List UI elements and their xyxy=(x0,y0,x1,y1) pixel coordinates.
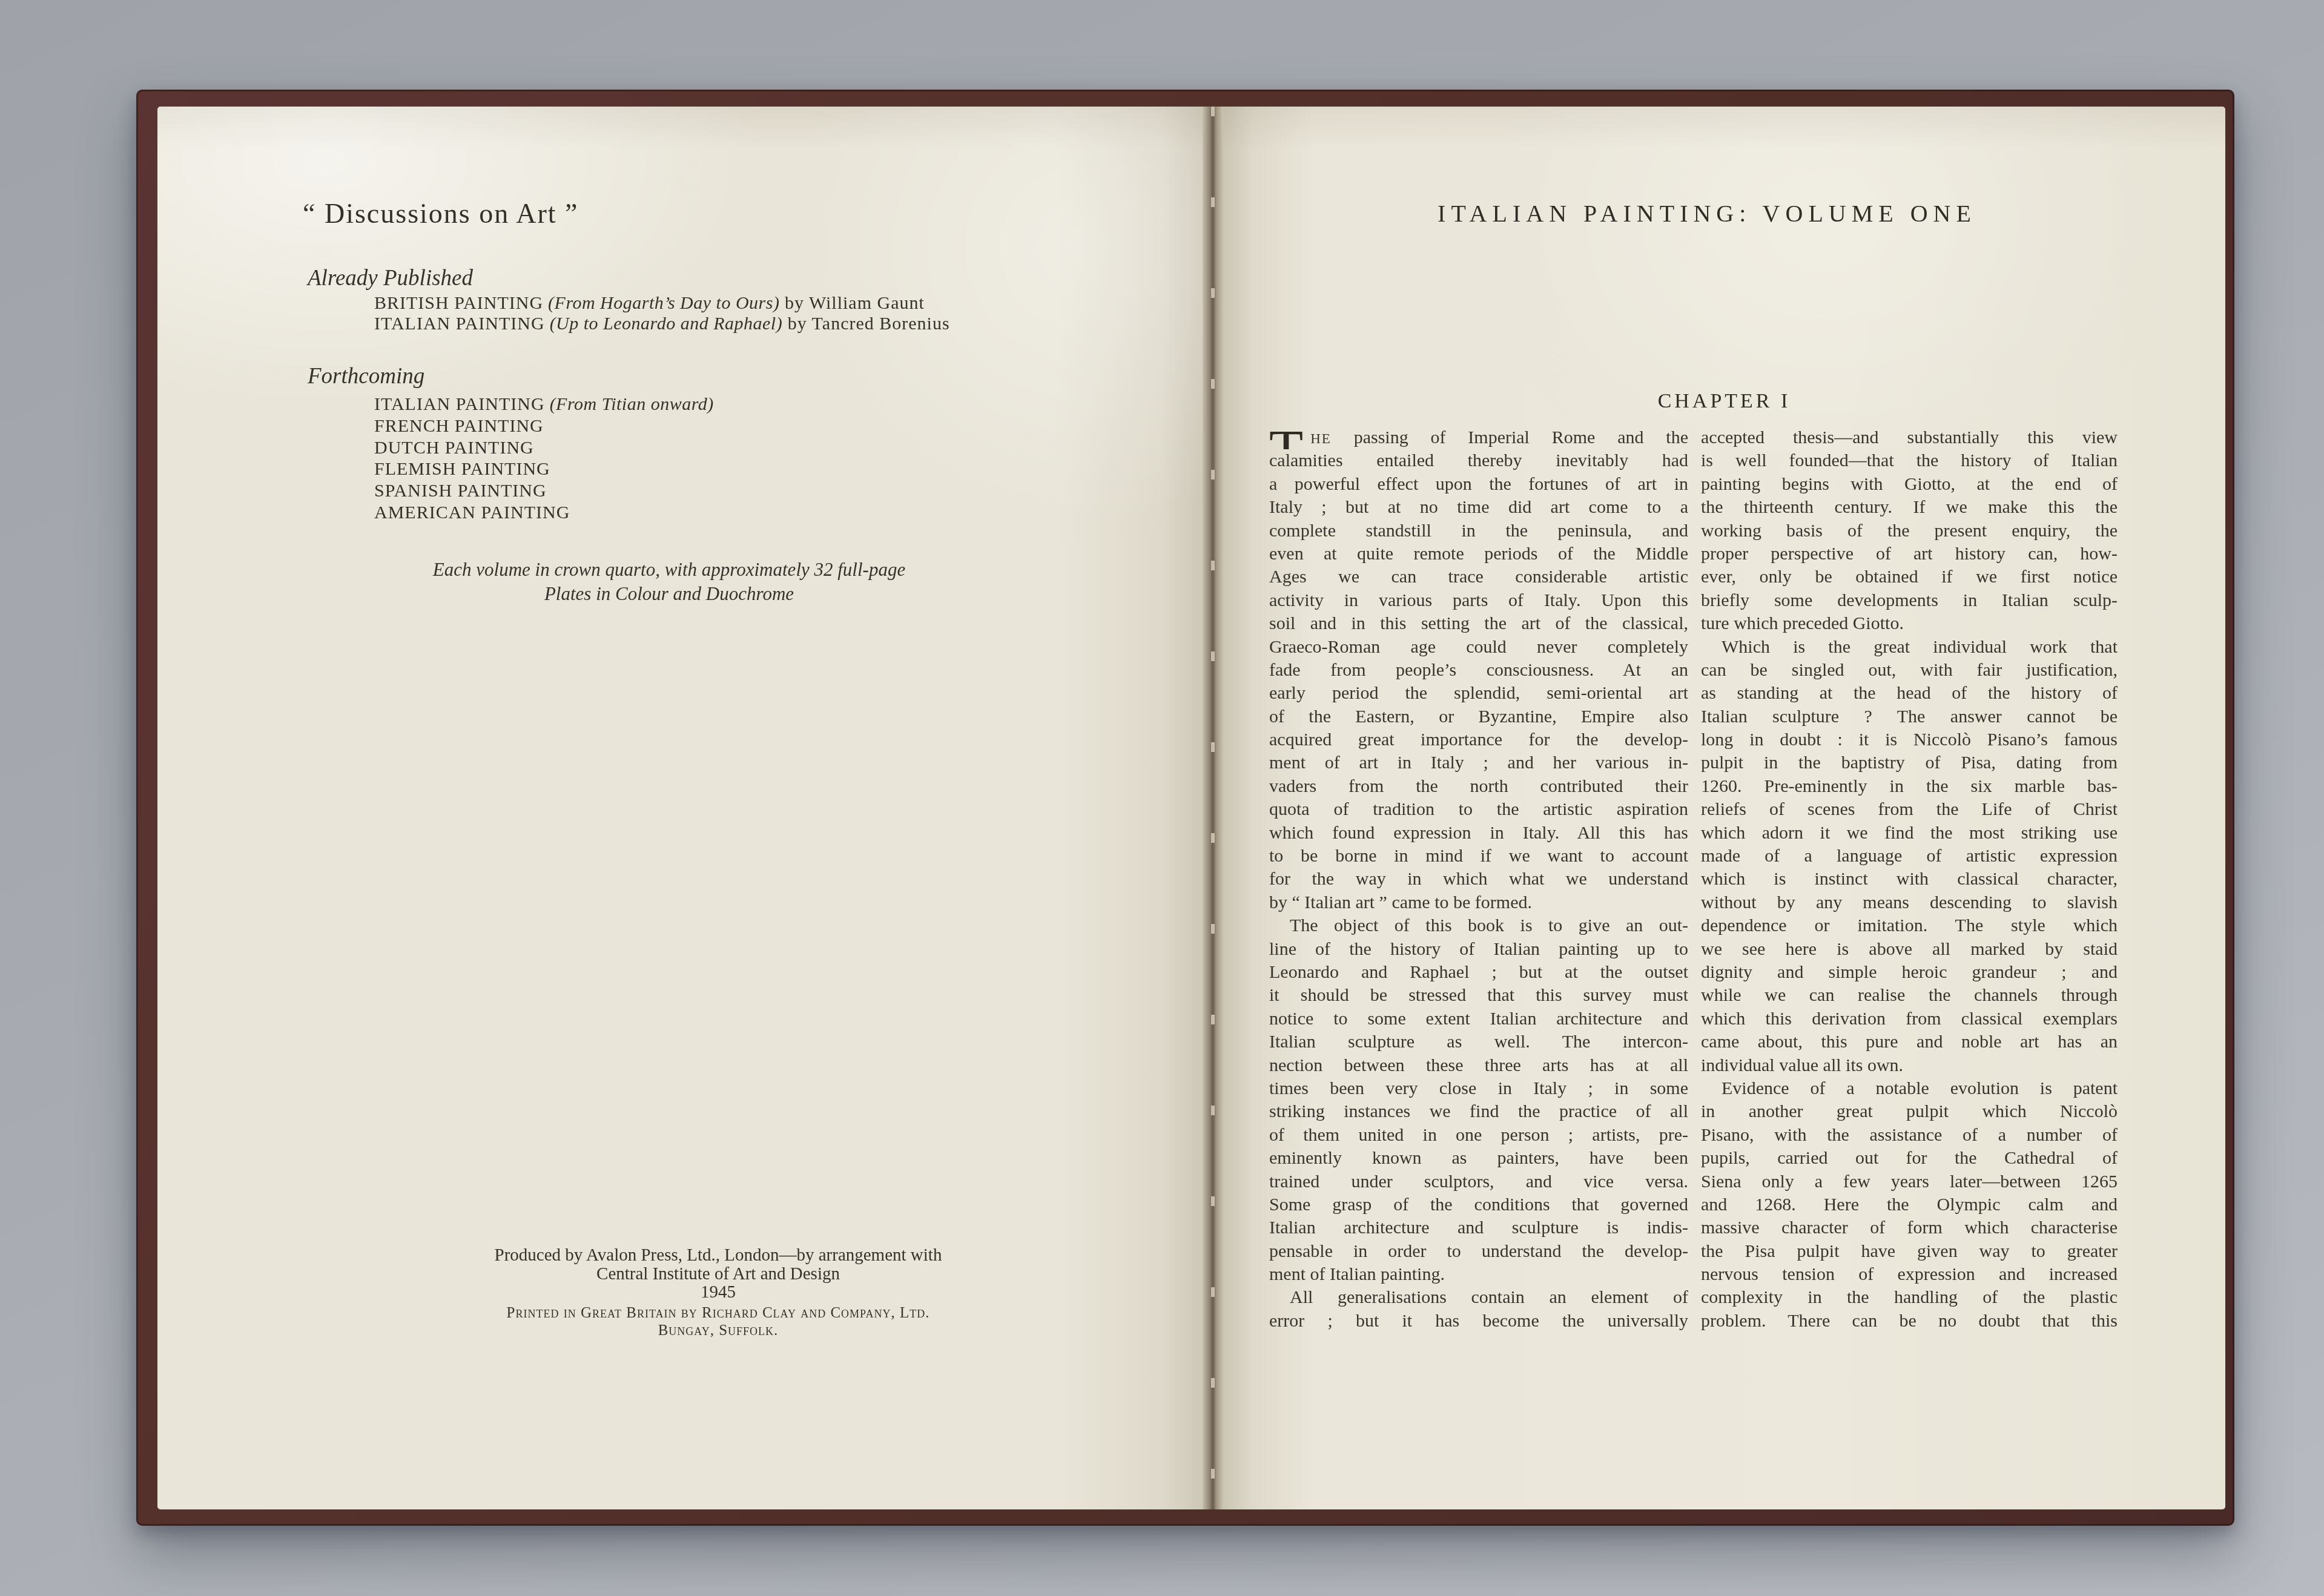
text-line: Italian sculpture as well. The intercon- xyxy=(1269,1030,1688,1054)
text-line: the thirteenth century. If we make this … xyxy=(1701,496,2118,519)
already-published-heading: Already Published xyxy=(308,265,473,291)
text-line: proper perspective of art history can, h… xyxy=(1701,542,2118,566)
text-line: THE passing of Imperial Rome and the xyxy=(1269,426,1688,449)
text-line: Ages we can trace considerable artistic xyxy=(1269,566,1688,589)
text-line: made of a language of artistic expressio… xyxy=(1701,845,2118,868)
book-list-item: FLEMISH PAINTING xyxy=(374,458,714,480)
small-caps-lead: HE xyxy=(1310,431,1332,446)
paragraph: Evidence of a notable evolution is paten… xyxy=(1701,1077,2118,1333)
forthcoming-heading: Forthcoming xyxy=(308,363,424,389)
text-line: to be borne in mind if we want to accoun… xyxy=(1269,845,1688,868)
subtitle-italic: (From Titian onward) xyxy=(545,394,714,414)
text-line: dignity and simple heroic grandeur ; and xyxy=(1701,961,2118,984)
publisher-imprint: Produced by Avalon Press, Ltd., London—b… xyxy=(157,1246,1279,1302)
text-line: can be singled out, with fair justificat… xyxy=(1701,659,2118,682)
paragraph: accepted thesis—and substantially this v… xyxy=(1701,426,2118,636)
text-line: calamities entailed thereby inevitably h… xyxy=(1269,449,1688,472)
right-page: ITALIAN PAINTING: VOLUME ONE CHAPTER I T… xyxy=(1223,107,2225,1509)
text-line: we see here is above all marked by staid xyxy=(1701,938,2118,961)
series-title: “ Discussions on Art ” xyxy=(303,197,578,229)
text-line: Some grasp of the conditions that govern… xyxy=(1269,1193,1688,1216)
text-line: ture which preceded Giotto. xyxy=(1701,612,2118,635)
text-line: notice to some extent Italian architectu… xyxy=(1269,1007,1688,1030)
book-list-item: BRITISH PAINTING (From Hogarth’s Day to … xyxy=(374,293,950,314)
text-line: complexity in the handling of the plasti… xyxy=(1701,1286,2118,1309)
text-line: The object of this book is to give an ou… xyxy=(1269,914,1688,937)
text-line: without by any means descending to slavi… xyxy=(1701,891,2118,914)
text-line: All generalisations contain an element o… xyxy=(1269,1286,1688,1309)
text-line: Siena only a few years later—between 126… xyxy=(1701,1170,2118,1193)
text-line: while we can realise the channels throug… xyxy=(1701,984,2118,1007)
text-line: accepted thesis—and substantially this v… xyxy=(1701,426,2118,449)
text-line: as standing at the head of the history o… xyxy=(1701,682,2118,705)
text-line: Italy ; but at no time did art come to a xyxy=(1269,496,1688,519)
text-line: nervous tension of expression and increa… xyxy=(1701,1263,2118,1286)
text-line: Printed in Great Britain by Richard Clay… xyxy=(157,1304,1279,1322)
text-line: Graeco-Roman age could never completely xyxy=(1269,636,1688,659)
text-line: Which is the great individual work that xyxy=(1701,636,2118,659)
text-line: ment of art in Italy ; and her various i… xyxy=(1269,751,1688,774)
text-line: 1260. Pre-eminently in the six marble ba… xyxy=(1701,775,2118,798)
text-line: came about, this pure and noble art has … xyxy=(1701,1030,2118,1054)
text-line: it should be stressed that this survey m… xyxy=(1269,984,1688,1007)
text-column-right: accepted thesis—and substantially this v… xyxy=(1701,426,2118,1333)
text-line: is well founded—that the history of Ital… xyxy=(1701,449,2118,472)
text-line: which found expression in Italy. All thi… xyxy=(1269,822,1688,845)
text-line: fade from people’s consciousness. At an xyxy=(1269,659,1688,682)
text-line: soil and in this setting the art of the … xyxy=(1269,612,1688,635)
left-page: “ Discussions on Art ” Already Published… xyxy=(157,107,1203,1509)
text-line: complete standstill in the peninsula, an… xyxy=(1269,519,1688,542)
text-column-left: THE passing of Imperial Rome and thecala… xyxy=(1269,426,1688,1333)
paragraph: Which is the great individual work thatc… xyxy=(1701,636,2118,1077)
text-line: problem. There can be no doubt that this xyxy=(1701,1310,2118,1333)
drop-cap-letter: T xyxy=(1269,426,1310,449)
subtitle-italic: (From Hogarth’s Day to Ours) xyxy=(543,293,779,313)
paragraph: All generalisations contain an element o… xyxy=(1269,1286,1688,1333)
text-line: of them united in one person ; artists, … xyxy=(1269,1124,1688,1147)
text-line: early period the splendid, semi-oriental… xyxy=(1269,682,1688,705)
format-note: Each volume in crown quarto, with approx… xyxy=(157,558,1181,606)
book-list-item: ITALIAN PAINTING (From Titian onward) xyxy=(374,394,714,415)
text-line: for the way in which what we understand xyxy=(1269,868,1688,891)
forthcoming-list: ITALIAN PAINTING (From Titian onward)FRE… xyxy=(374,394,714,524)
text-line: eminently known as painters, have been xyxy=(1269,1147,1688,1170)
open-book: “ Discussions on Art ” Already Published… xyxy=(136,90,2234,1526)
text-line: Plates in Colour and Duochrome xyxy=(157,582,1181,606)
text-line: even at quite remote periods of the Midd… xyxy=(1269,542,1688,566)
text-line: which this derivation from classical exe… xyxy=(1701,1007,2118,1030)
book-list-item: FRENCH PAINTING xyxy=(374,415,714,437)
text-line: ever, only be obtained if we first notic… xyxy=(1701,566,2118,589)
paragraph: THE passing of Imperial Rome and thecala… xyxy=(1269,426,1688,914)
text-line: which is instinct with classical charact… xyxy=(1701,868,2118,891)
book-list-item: AMERICAN PAINTING xyxy=(374,502,714,524)
already-published-list: BRITISH PAINTING (From Hogarth’s Day to … xyxy=(374,293,950,334)
subtitle-italic: (Up to Leonardo and Raphael) xyxy=(545,314,783,334)
text-line: massive character of form which characte… xyxy=(1701,1216,2118,1239)
text-line: Each volume in crown quarto, with approx… xyxy=(157,558,1181,582)
text-line: vaders from the north contributed their xyxy=(1269,775,1688,798)
text-line: painting begins with Giotto, at the end … xyxy=(1701,473,2118,496)
text-line: which adorn it we find the most striking… xyxy=(1701,822,2118,845)
text-line: acquired great importance for the develo… xyxy=(1269,728,1688,751)
text-line: long in doubt : it is Niccolò Pisano’s f… xyxy=(1701,728,2118,751)
book-list-item: ITALIAN PAINTING (Up to Leonardo and Rap… xyxy=(374,314,950,334)
text-line: working basis of the present enquiry, th… xyxy=(1701,519,2118,542)
text-line: times been very close in Italy ; in some xyxy=(1269,1077,1688,1100)
text-line: by “ Italian art ” came to be formed. xyxy=(1269,891,1688,914)
book-list-item: DUTCH PAINTING xyxy=(374,437,714,459)
text-line: reliefs of scenes from the Life of Chris… xyxy=(1701,798,2118,821)
text-line: briefly some developments in Italian scu… xyxy=(1701,589,2118,612)
text-line: dependence or imitation. The style which xyxy=(1701,914,2118,937)
text-line: Pisano, with the assistance of a number … xyxy=(1701,1124,2118,1147)
text-line: ment of Italian painting. xyxy=(1269,1263,1688,1286)
text-line: in another great pulpit which Niccolò xyxy=(1701,1100,2118,1123)
printer-colophon: Printed in Great Britain by Richard Clay… xyxy=(157,1304,1279,1339)
running-head: ITALIAN PAINTING: VOLUME ONE xyxy=(1223,199,2191,228)
text-line: Italian architecture and sculpture is in… xyxy=(1269,1216,1688,1239)
text-line: activity in various parts of Italy. Upon… xyxy=(1269,589,1688,612)
text-line: pupils, carried out for the Cathedral of xyxy=(1701,1147,2118,1170)
text-line: Italian sculpture ? The answer cannot be xyxy=(1701,705,2118,728)
paragraph: The object of this book is to give an ou… xyxy=(1269,914,1688,1286)
text-line: nection between these three arts has at … xyxy=(1269,1054,1688,1077)
text-line: 1945 xyxy=(157,1283,1279,1302)
text-line: striking instances we find the practice … xyxy=(1269,1100,1688,1123)
text-line: a powerful effect upon the fortunes of a… xyxy=(1269,473,1688,496)
text-line: Bungay, Suffolk. xyxy=(157,1322,1279,1339)
text-line: trained under sculptors, and vice versa. xyxy=(1269,1170,1688,1193)
text-line: pensable in order to understand the deve… xyxy=(1269,1240,1688,1263)
text-line: and 1268. Here the Olympic calm and xyxy=(1701,1193,2118,1216)
text-line: Evidence of a notable evolution is paten… xyxy=(1701,1077,2118,1100)
text-line: individual value all its own. xyxy=(1701,1054,2118,1077)
chapter-heading: CHAPTER I xyxy=(1223,390,2225,413)
text-line: of the Eastern, or Byzantine, Empire als… xyxy=(1269,705,1688,728)
text-line: the Pisa pulpit have given way to greate… xyxy=(1701,1240,2118,1263)
text-line: line of the history of Italian painting … xyxy=(1269,938,1688,961)
book-list-item: SPANISH PAINTING xyxy=(374,480,714,502)
text-line: pulpit in the baptistry of Pisa, dating … xyxy=(1701,751,2118,774)
text-line: Produced by Avalon Press, Ltd., London—b… xyxy=(157,1246,1279,1265)
text-line: error ; but it has become the universall… xyxy=(1269,1310,1688,1333)
text-line: quota of tradition to the artistic aspir… xyxy=(1269,798,1688,821)
text-line: Central Institute of Art and Design xyxy=(157,1265,1279,1284)
text-line: Leonardo and Raphael ; but at the outset xyxy=(1269,961,1688,984)
